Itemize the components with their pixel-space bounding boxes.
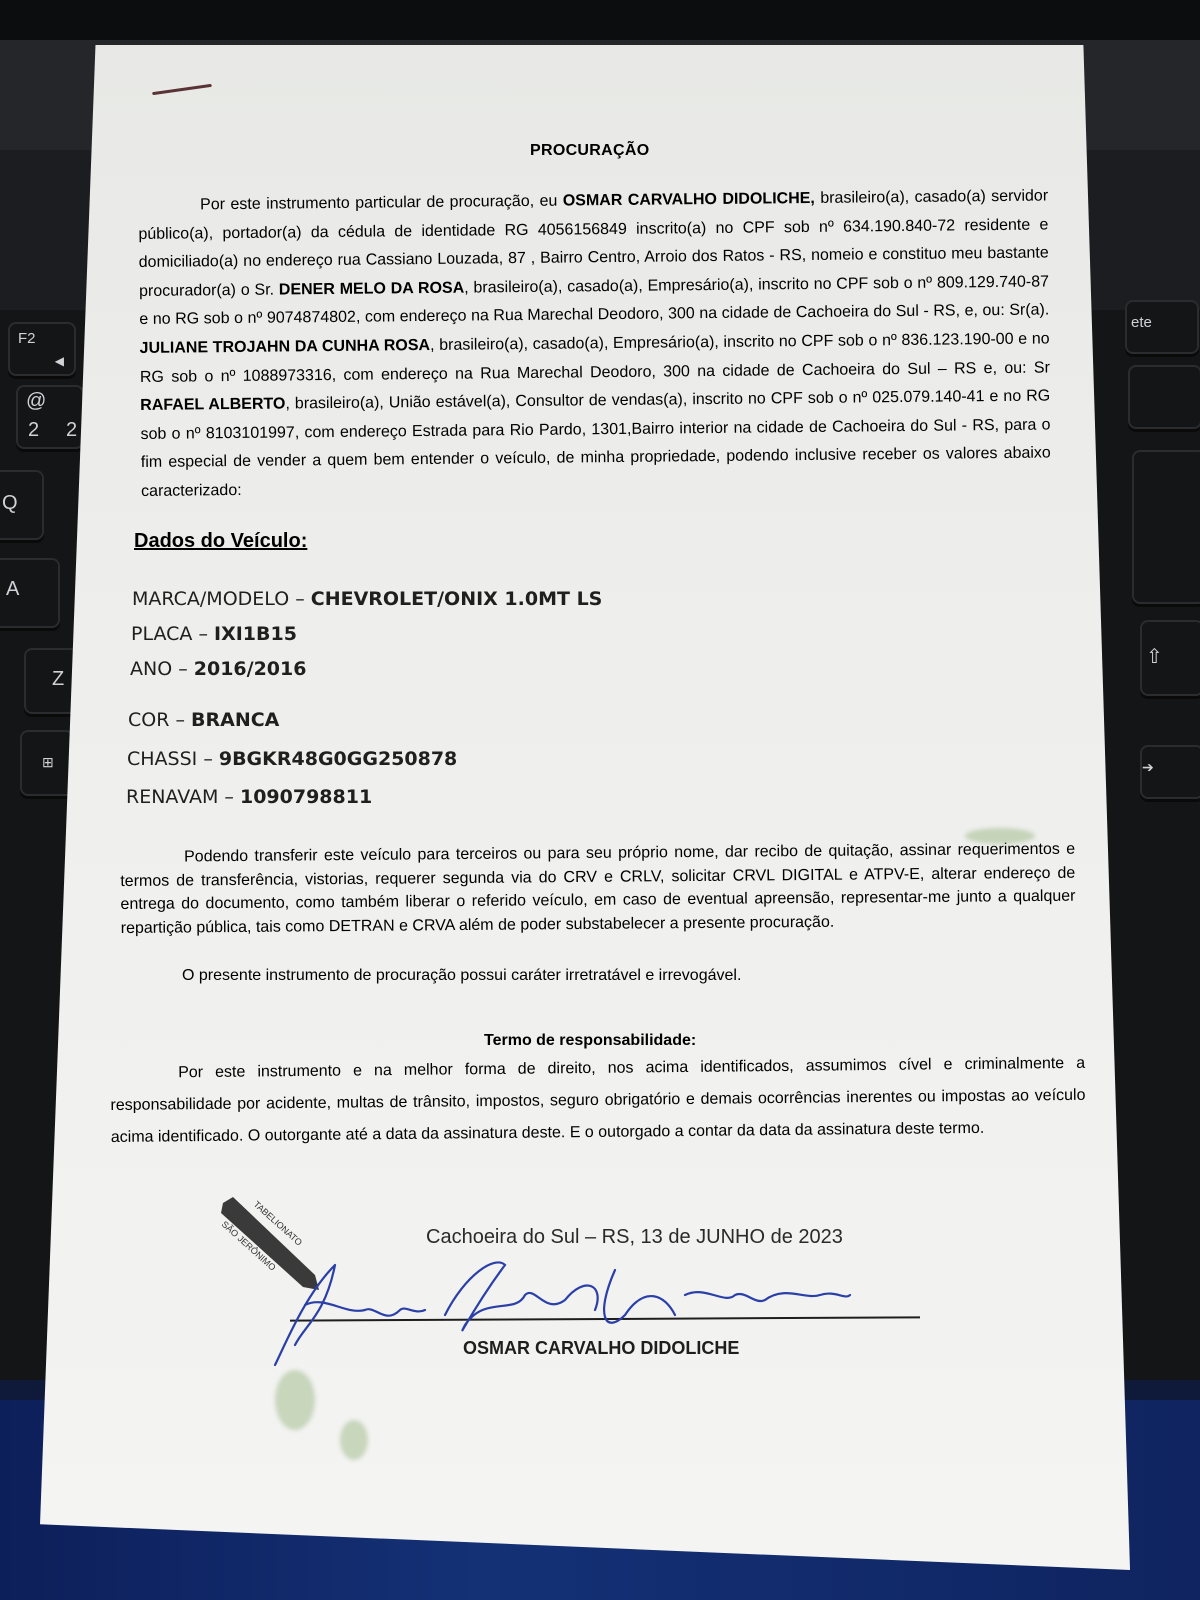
- stain: [965, 828, 1035, 844]
- key-a: A: [0, 558, 60, 628]
- key-q: Q: [0, 470, 44, 540]
- key-arrow: ➔: [1140, 745, 1200, 799]
- signer-name: OSMAR CARVALHO DIDOLICHE: [463, 1338, 739, 1359]
- responsibility-paragraph: Por este instrumento e na melhor forma d…: [110, 1048, 1086, 1154]
- key-z: Z: [24, 648, 78, 714]
- powers-paragraph: Podendo transferir este veículo para ter…: [120, 838, 1076, 940]
- place-and-date: Cachoeira do Sul – RS, 13 de JUNHO de 20…: [426, 1226, 843, 1249]
- irrevocable-clause: O presente instrumento de procuração pos…: [182, 967, 741, 985]
- attorney-name-2: JULIANE TROJAHN DA CUNHA ROSA: [140, 337, 431, 357]
- vehicle-field-plate: PLACA – IXI1B15: [131, 623, 297, 645]
- grantor-name: OSMAR CARVALHO DIDOLICHE,: [563, 190, 815, 210]
- key-f2: F2◀: [8, 322, 76, 376]
- key-backspace: [1128, 365, 1200, 429]
- key-windows: ⊞: [20, 730, 74, 796]
- stain: [340, 1420, 368, 1460]
- vehicle-field-renavam: RENAVAM – 1090798811: [126, 786, 372, 808]
- vehicle-heading: Dados do Veículo:: [134, 530, 307, 553]
- key-2: @22: [16, 385, 84, 449]
- vehicle-field-chassis: CHASSI – 9BGKR48G0GG250878: [127, 748, 457, 770]
- responsibility-heading: Termo de responsabilidade:: [484, 1032, 696, 1050]
- stain: [275, 1370, 315, 1430]
- document-title: PROCURAÇÃO: [530, 142, 649, 160]
- grantor-paragraph: Por este instrumento particular de procu…: [138, 182, 1051, 506]
- attorney-name-3: RAFAEL ALBERTO: [140, 396, 285, 415]
- key-delete: ete: [1125, 300, 1199, 354]
- vehicle-field-year: ANO – 2016/2016: [130, 658, 306, 680]
- vehicle-field-color: COR – BRANCA: [128, 709, 279, 731]
- key-shift: ⇧: [1140, 620, 1200, 696]
- key-enter: [1132, 450, 1200, 604]
- vehicle-field-model: MARCA/MODELO – CHEVROLET/ONIX 1.0MT LS: [132, 588, 602, 610]
- attorney-name-1: DENER MELO DA ROSA: [279, 279, 465, 298]
